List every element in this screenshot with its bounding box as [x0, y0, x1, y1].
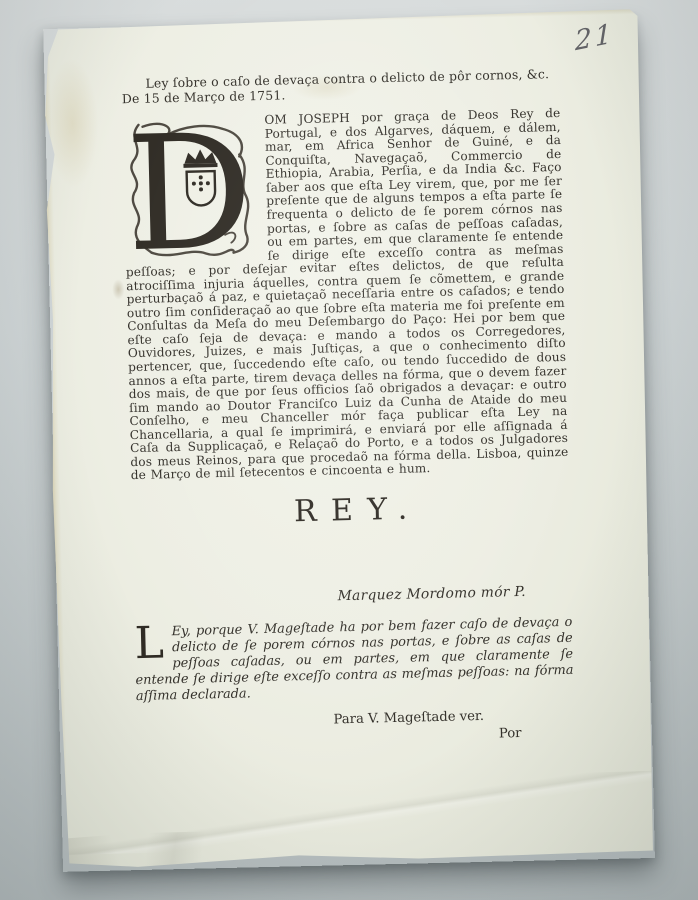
- ink-spot: [112, 279, 124, 299]
- petition-text: Ey, porque V. Mageſtade ha por bem fazer…: [135, 615, 573, 704]
- royal-signature: REY.: [131, 488, 570, 533]
- petition-closing-line: Para V. Mageſtade ver.: [333, 707, 574, 728]
- printed-text-block: Ley ſobre o caſo de devaça contra o deli…: [120, 11, 575, 750]
- foxing-stain: [45, 58, 100, 189]
- handwritten-folio-number: 21: [575, 18, 615, 57]
- catchword: Por: [499, 725, 575, 742]
- crowned-shield-ornament: [183, 149, 218, 206]
- ornate-woodcut-initial: D: [122, 116, 257, 259]
- petition-paragraph: L Ey, porque V. Mageſtade ha por bem faz…: [134, 615, 574, 705]
- steward-signature-line: Marquez Mordomo mór P.: [337, 583, 571, 605]
- woodcut-frame: D: [122, 116, 257, 259]
- paper-surface: 21 Ley ſobre o caſo de devaça contra o d…: [40, 9, 658, 873]
- initial-letter-l: L: [134, 624, 172, 660]
- paper-sheet: 21 Ley ſobre o caſo de devaça contra o d…: [40, 9, 658, 873]
- photo-background: 21 Ley ſobre o caſo de devaça contra o d…: [0, 0, 698, 900]
- document-header: Ley ſobre o caſo de devaça contra o deli…: [121, 67, 560, 106]
- decree-paragraph: D: [122, 107, 568, 483]
